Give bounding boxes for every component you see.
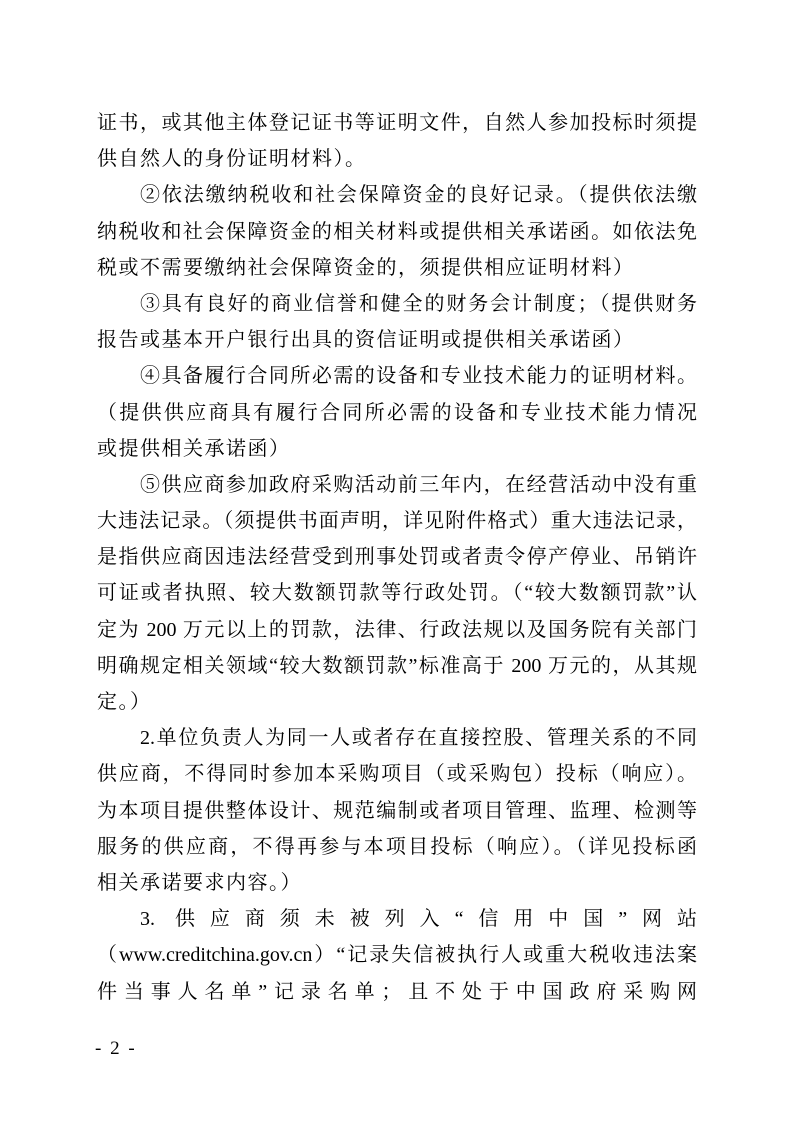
text-line: 2.单位负责人为同一人或者存在直接控股、管理关系的不同	[97, 720, 697, 756]
text-line: 供应商，不得同时参加本采购项目（或采购包）投标（响应）。	[97, 756, 697, 792]
text-line: 是指供应商因违法经营受到刑事处罚或者责令停产停业、吊销许	[97, 539, 697, 575]
text-line: 定。）	[97, 684, 697, 720]
text-line: ④具备履行合同所必需的设备和专业技术能力的证明材料。	[97, 358, 697, 394]
text-line: （提供供应商具有履行合同所必需的设备和专业技术能力情况	[97, 395, 697, 431]
document-page: 证书，或其他主体登记证书等证明文件，自然人参加投标时须提供自然人的身份证明材料）…	[0, 0, 794, 1123]
text-line: （www.creditchina.gov.cn）“记录失信被执行人或重大税收违法…	[97, 937, 697, 973]
text-line: 供自然人的身份证明材料）。	[97, 141, 697, 177]
text-line: 大违法记录。（须提供书面声明，详见附件格式）重大违法记录，	[97, 503, 697, 539]
text-line: 3. 供应商须未被列入“信用中国”网站	[97, 901, 697, 937]
text-line: ⑤供应商参加政府采购活动前三年内，在经营活动中没有重	[97, 467, 697, 503]
text-line: 明确规定相关领域“较大数额罚款”标准高于 200 万元的，从其规	[97, 648, 697, 684]
text-line: 服务的供应商，不得再参与本项目投标（响应）。（详见投标函	[97, 829, 697, 865]
page-number: - 2 -	[95, 1038, 137, 1060]
text-line: 定为 200 万元以上的罚款，法律、行政法规以及国务院有关部门	[97, 612, 697, 648]
text-line: 可证或者执照、较大数额罚款等行政处罚。（“较大数额罚款”认	[97, 575, 697, 611]
document-body: 证书，或其他主体登记证书等证明文件，自然人参加投标时须提供自然人的身份证明材料）…	[97, 105, 697, 1010]
text-line: 或提供相关承诺函）	[97, 431, 697, 467]
text-line: 纳税收和社会保障资金的相关材料或提供相关承诺函。如依法免	[97, 214, 697, 250]
text-line: 件当事人名单”记录名单；且不处于中国政府采购网	[97, 974, 697, 1010]
text-line: 相关承诺要求内容。）	[97, 865, 697, 901]
text-line: ③具有良好的商业信誉和健全的财务会计制度；（提供财务	[97, 286, 697, 322]
text-line: 为本项目提供整体设计、规范编制或者项目管理、监理、检测等	[97, 793, 697, 829]
text-line: 报告或基本开户银行出具的资信证明或提供相关承诺函）	[97, 322, 697, 358]
text-line: 税或不需要缴纳社会保障资金的，须提供相应证明材料）	[97, 250, 697, 286]
text-line: ②依法缴纳税收和社会保障资金的良好记录。（提供依法缴	[97, 177, 697, 213]
text-line: 证书，或其他主体登记证书等证明文件，自然人参加投标时须提	[97, 105, 697, 141]
